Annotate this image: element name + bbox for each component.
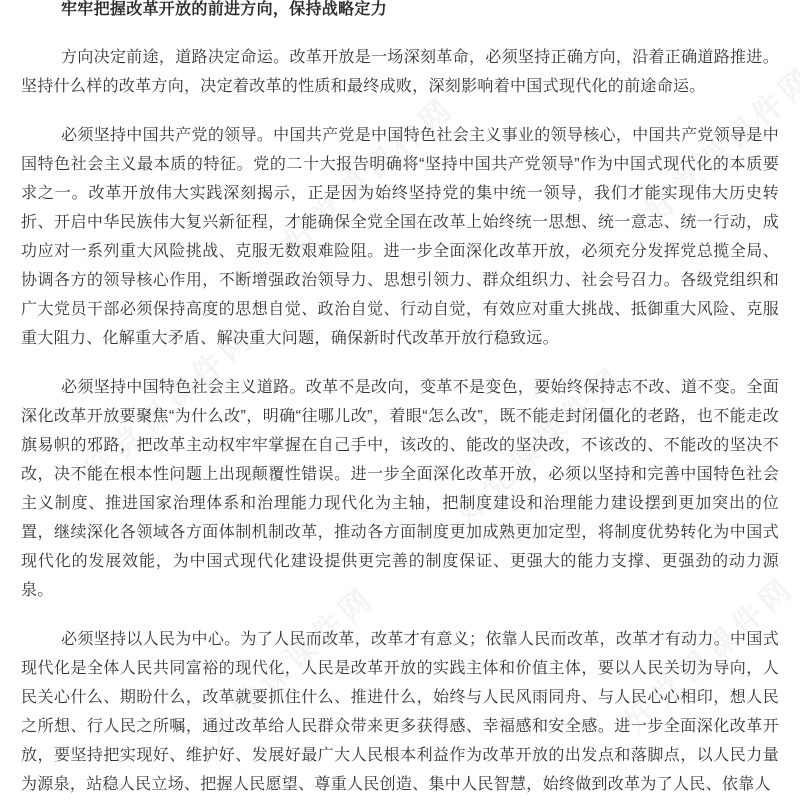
document-title: 牢牢把握改革开放的前进方向，保持战略定力 [21, 0, 779, 24]
paragraph-party-leadership: 必须坚持中国共产党的领导。中国共产党是中国特色社会主义事业的领导核心，中国共产党… [21, 121, 779, 353]
paragraph-people-centered: 必须坚持以人民为中心。为了人民而改革，改革才有意义；依靠人民而改革，改革才有动力… [21, 625, 779, 799]
paragraph-direction-destiny: 方向决定前途，道路决定命运。改革开放是一场深刻革命，必须坚持正确方向，沿着正确道… [21, 43, 779, 101]
document-page: 牢牢把握改革开放的前进方向，保持战略定力 方向决定前途，道路决定命运。改革开放是… [0, 0, 800, 800]
paragraph-socialist-road: 必须坚持中国特色社会主义道路。改革不是改向，变革不是变色，要始终保持志不改、道不… [21, 373, 779, 605]
